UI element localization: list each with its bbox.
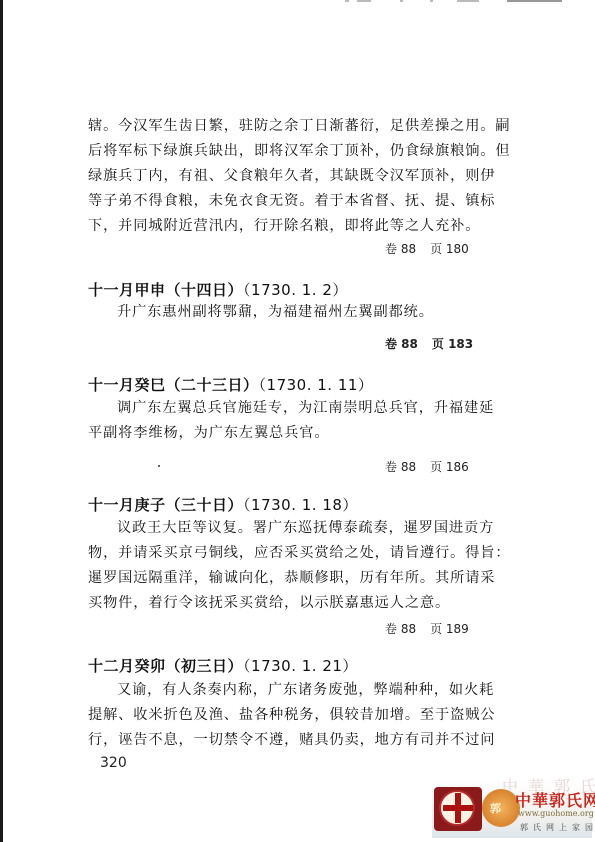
entry-month-day: 十二月癸卯 bbox=[88, 657, 166, 675]
text-line: 暹罗国远隔重洋，输诚向化，恭顺修职，历有年所。其所请采 bbox=[88, 566, 518, 591]
entry-heading: 十一月庚子（三十日）（1730. 1. 18） bbox=[88, 494, 358, 515]
text-line: 提解、收米折色及渔、盐各种税务，俱较昔加增。至于盗贼公 bbox=[88, 703, 518, 728]
entry-lunar-day: （初三日） bbox=[166, 657, 244, 675]
seal-text: 郭 bbox=[490, 800, 501, 816]
text-line: 等子弟不得食粮，未免衣食无资。着于本省督、抚、提、镇标 bbox=[88, 189, 518, 214]
entry-heading: 十二月癸卯（初三日）（1730. 1. 21） bbox=[88, 655, 358, 676]
text-line: 升广东惠州副将鄂鼐，为福建福州左翼副都统。 bbox=[88, 300, 518, 325]
citation-volume: 卷 88 bbox=[385, 622, 416, 636]
entry-lunar-day: （二十三日） bbox=[166, 376, 259, 394]
citation-volume: 卷 88 bbox=[385, 242, 416, 256]
citation-page: 页 183 bbox=[432, 337, 473, 351]
citation-volume: 卷 88 bbox=[385, 337, 418, 351]
watermark-title: 中華郭氏网 bbox=[515, 788, 595, 811]
text-line: 下，并同城附近营汛内，行开除名粮，即将此等之人充补。 bbox=[88, 214, 518, 239]
citation-page: 页 189 bbox=[430, 622, 469, 636]
watermark-url: www.guohome.org bbox=[518, 809, 594, 818]
top-scan-marks bbox=[345, 0, 595, 4]
text-line: 又谕，有人条奏内称，广东诸务废弛，弊端种种，如火耗 bbox=[88, 678, 518, 703]
entry-western-date: （1730. 1. 18） bbox=[243, 496, 358, 514]
entry-paragraph: 调广东左翼总兵官施廷专，为江南崇明总兵官，升福建延 平副将李维杨，为广东左翼总兵… bbox=[88, 396, 518, 446]
citation: 卷 88页 180 bbox=[385, 240, 469, 257]
text-line: 后将军标下绿旗兵缺出，即将汉军余丁顶补，仍食绿旗粮饷。但 bbox=[88, 139, 518, 164]
citation-page: 页 186 bbox=[430, 460, 469, 474]
entry-lunar-day: （十四日） bbox=[166, 281, 244, 299]
citation-volume: 卷 88 bbox=[385, 460, 416, 474]
text-line: 议政王大臣等议复。署广东巡抚傅泰疏奏，暹罗国进贡方 bbox=[88, 516, 518, 541]
text-line: 买物件，着行令该抚采买赏给，以示朕嘉惠远人之意。 bbox=[88, 591, 518, 616]
page-number: 320 bbox=[100, 755, 127, 771]
watermark-slogan: 郭氏网上家园 bbox=[520, 822, 595, 833]
entry-paragraph: 议政王大臣等议复。署广东巡抚傅泰疏奏，暹罗国进贡方 物，并请采买京弓铜线，应否采… bbox=[88, 516, 518, 616]
page-edge-bar bbox=[0, 0, 3, 842]
entry-month-day: 十一月甲申 bbox=[88, 281, 166, 299]
citation-page: 页 180 bbox=[430, 242, 469, 256]
entry-month-day: 十一月庚子 bbox=[88, 496, 166, 514]
entry-heading: 十一月甲申（十四日）（1730. 1. 2） bbox=[88, 279, 348, 300]
intro-paragraph: 辖。今汉军生齿日繁，驻防之余丁日渐蕃衍，足供差操之用。嗣 后将军标下绿旗兵缺出，… bbox=[88, 114, 518, 239]
stray-dot bbox=[158, 465, 160, 467]
text-line: 辖。今汉军生齿日繁，驻防之余丁日渐蕃衍，足供差操之用。嗣 bbox=[88, 114, 518, 139]
text-line: 平副将李维杨，为广东左翼总兵官。 bbox=[88, 421, 518, 446]
entry-heading: 十一月癸巳（二十三日）（1730. 1. 11） bbox=[88, 374, 373, 395]
entry-paragraph: 升广东惠州副将鄂鼐，为福建福州左翼副都统。 bbox=[88, 300, 518, 325]
entry-western-date: （1730. 1. 21） bbox=[243, 657, 358, 675]
entry-western-date: （1730. 1. 2） bbox=[243, 281, 348, 299]
entry-western-date: （1730. 1. 11） bbox=[259, 376, 374, 394]
citation: 卷 88页 189 bbox=[385, 620, 469, 637]
entry-lunar-day: （三十日） bbox=[166, 496, 244, 514]
text-line: 调广东左翼总兵官施廷专，为江南崇明总兵官，升福建延 bbox=[88, 396, 518, 421]
site-watermark-logo: 中華郭氏网 郭 中華郭氏网 www.guohome.org 郭氏网上家园 bbox=[432, 780, 592, 838]
knot-emblem-icon bbox=[434, 787, 482, 831]
entry-paragraph: 又谕，有人条奏内称，广东诸务废弛，弊端种种，如火耗 提解、收米折色及渔、盐各种税… bbox=[88, 678, 518, 753]
citation: 卷 88页 183 bbox=[385, 335, 473, 352]
text-line: 行，诬告不息，一切禁令不遵，赌具仍卖，地方有司并不过问 bbox=[88, 728, 518, 753]
text-line: 物，并请采买京弓铜线，应否采买赏给之处，请旨遵行。得旨： bbox=[88, 541, 518, 566]
entry-month-day: 十一月癸巳 bbox=[88, 376, 166, 394]
citation: 卷 88页 186 bbox=[385, 458, 469, 475]
text-line: 绿旗兵丁内，有祖、父食粮年久者，其缺既令汉军顶补，则伊 bbox=[88, 164, 518, 189]
